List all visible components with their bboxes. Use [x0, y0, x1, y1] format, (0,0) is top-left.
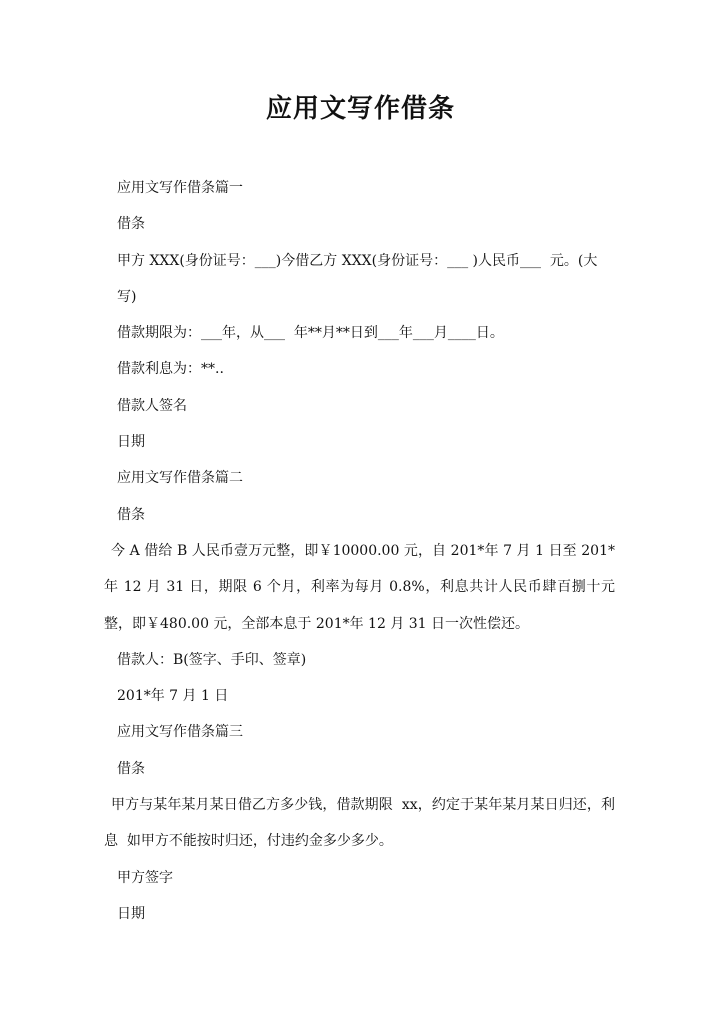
document-body: 应用文写作借条篇一 借条 甲方 XXX(身份证号：___)今借乙方 XXX(身份… — [110, 170, 615, 932]
date-line: 201*年 7 月 1 日 — [110, 678, 615, 714]
document-title: 应用文写作借条 — [0, 88, 721, 125]
iou-heading: 借条 — [110, 497, 615, 533]
party-a-signature-label: 甲方签字 — [110, 860, 615, 896]
date-label: 日期 — [110, 896, 615, 932]
paragraph-agreement: 甲方与某年某月某日借乙方多少钱，借款期限 xx，约定于某年某月某日归还，利息 如… — [104, 787, 615, 860]
section-heading-3: 应用文写作借条篇三 — [110, 714, 615, 750]
date-label: 日期 — [110, 424, 615, 460]
section-heading-2: 应用文写作借条篇二 — [110, 460, 615, 496]
iou-heading: 借条 — [110, 206, 615, 242]
borrower-signature-line: 借款人：B(签字、手印、签章) — [110, 642, 615, 678]
iou-heading: 借条 — [110, 751, 615, 787]
borrower-signature-label: 借款人签名 — [110, 388, 615, 424]
paragraph-loan-details: 今 A 借给 B 人民币壹万元整，即￥10000.00 元，自 201*年 7 … — [104, 533, 615, 642]
paragraph-parties: 甲方 XXX(身份证号：___)今借乙方 XXX(身份证号：___ )人民币__… — [110, 243, 615, 316]
paragraph-term: 借款期限为：___年，从___ 年**月**日到___年___月____日。 — [110, 315, 615, 351]
section-heading-1: 应用文写作借条篇一 — [110, 170, 615, 206]
paragraph-interest: 借款利息为：**.. — [110, 351, 615, 387]
